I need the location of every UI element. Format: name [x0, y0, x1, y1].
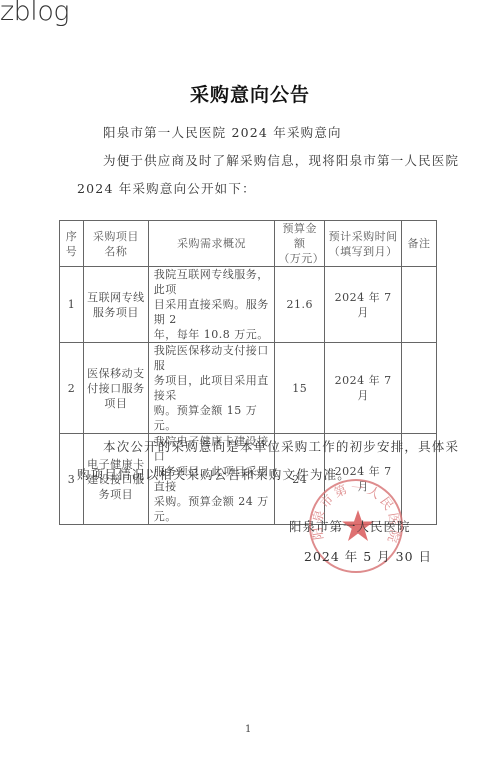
signature-org: 阳泉市第一人民医院: [289, 517, 411, 535]
table-row: 1 互联网专线服务项目 我院互联网专线服务，此项目采用直接采购。服务期 2年，每…: [60, 267, 437, 343]
header-budget: 预算金额（万元）: [275, 221, 325, 267]
signature-date: 2024 年 5 月 30 日: [304, 547, 432, 565]
cell-no: 1: [60, 267, 84, 343]
cell-note: [402, 267, 437, 343]
watermark: zblog: [0, 0, 69, 27]
header-name: 采购项目名称: [83, 221, 148, 267]
cell-budget: 21.6: [275, 267, 325, 343]
header-time: 预计采购时间（填写到月）: [325, 221, 402, 267]
table-header-row: 序号 采购项目名称 采购需求概况 预算金额（万元） 预计采购时间（填写到月） 备…: [60, 221, 437, 267]
cell-note: [402, 343, 437, 434]
page-number: 1: [245, 724, 251, 735]
intro-line-1: 为便于供应商及时了解采购信息，现将阳泉市第一人民医院: [103, 151, 459, 169]
cell-time: 2024 年 7 月: [325, 267, 402, 343]
cell-desc: 我院医保移动支付接口服务项目，此项目采用直接采购。预算金额 15 万元。: [148, 343, 275, 434]
document-title: 采购意向公告: [0, 80, 500, 107]
header-no: 序号: [60, 221, 84, 267]
closing-line-1: 本次公开的采购意向是本单位采购工作的初步安排，具体采: [103, 437, 459, 455]
header-note: 备注: [402, 221, 437, 267]
intro-heading: 阳泉市第一人民医院 2024 年采购意向: [103, 123, 342, 141]
cell-no: 2: [60, 343, 84, 434]
cell-name: 医保移动支付接口服务项目: [83, 343, 148, 434]
table-row: 2 医保移动支付接口服务项目 我院医保移动支付接口服务项目，此项目采用直接采购。…: [60, 343, 437, 434]
intro-line-2: 2024 年采购意向公开如下：: [77, 179, 256, 197]
cell-name: 互联网专线服务项目: [83, 267, 148, 343]
header-desc: 采购需求概况: [148, 221, 275, 267]
cell-time: 2024 年 7 月: [325, 343, 402, 434]
cell-budget: 15: [275, 343, 325, 434]
cell-desc: 我院互联网专线服务，此项目采用直接采购。服务期 2年，每年 10.8 万元。: [148, 267, 275, 343]
closing-line-2: 购项目情况以相关采购公告和采购文件为准。: [77, 465, 351, 483]
